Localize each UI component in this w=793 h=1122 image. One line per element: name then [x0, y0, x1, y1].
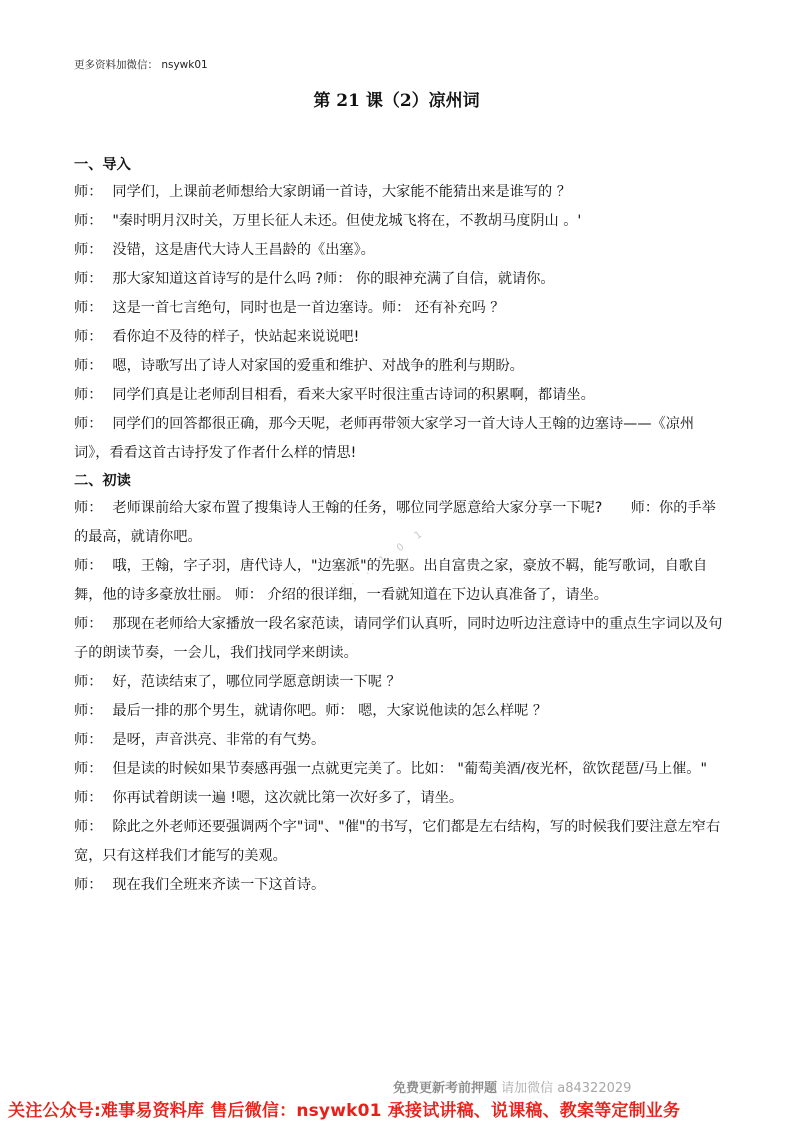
promo-contact-text: 请加微信 a84322029 — [497, 1081, 631, 1096]
speaker-label: 师： — [74, 213, 102, 229]
dialogue-paragraph: 师：这是一首七言绝句，同时也是一首边塞诗。师： 还有补充吗 ？ — [74, 294, 724, 323]
speaker-label: 师： — [74, 387, 102, 403]
paragraph-text: 现在我们全班来齐读一下这首诗。 — [112, 877, 325, 893]
page-title: 第 21 课（2）凉州词 — [0, 86, 793, 111]
speaker-label: 师： — [74, 674, 102, 690]
dialogue-paragraph: 师：除此之外老师还要强调两个字"词"、"催"的书写，它们都是左右结构，写的时候我… — [74, 813, 724, 871]
paragraph-text: 没错，这是唐代大诗人王昌龄的《出塞》。 — [112, 242, 374, 258]
dialogue-paragraph: 师：同学们的回答都很正确，那今天呢，老师再带领大家学习一首大诗人王翰的边塞诗——… — [74, 410, 724, 468]
dialogue-paragraph: 师：看你迫不及待的样子，快站起来说说吧! — [74, 323, 724, 352]
paragraph-text: 除此之外老师还要强调两个字"词"、"催"的书写，它们都是左右结构，写的时候我们要… — [74, 819, 720, 864]
dialogue-paragraph: 师：好，范读结束了，哪位同学愿意朗读一下呢 ？ — [74, 668, 724, 697]
speaker-label: 师： — [74, 703, 102, 719]
paragraph-text: 看你迫不及待的样子，快站起来说说吧! — [112, 329, 359, 345]
dialogue-paragraph: 师："秦时明月汉时关，万里长征人未还。但使龙城飞将在，不教胡马度阴山 。' — [74, 207, 724, 236]
speaker-label: 师： — [74, 184, 102, 200]
paragraph-text: 同学们真是让老师刮目相看，看来大家平时很注重古诗词的积累啊，都请坐。 — [112, 387, 594, 403]
paragraph-text: 老师课前给大家布置了搜集诗人王翰的任务，哪位同学愿意给大家分享一下呢? 师：你的… — [74, 500, 716, 545]
paragraph-text: 是呀，声音洪亮、非常的有气势。 — [112, 732, 325, 748]
paragraph-text: 哦，王翰，字子羽，唐代诗人，"边塞派"的先驱。出自富贵之家，豪放不羁，能写歌词，… — [74, 558, 707, 603]
dialogue-paragraph: 师：嗯，诗歌写出了诗人对家国的爱重和维护、对战争的胜利与期盼。 — [74, 352, 724, 381]
paragraph-text: 你再试着朗读一遍 !嗯，这次就比第一次好多了，请坐。 — [112, 790, 463, 806]
paragraph-text: 嗯，诗歌写出了诗人对家国的爱重和维护、对战争的胜利与期盼。 — [112, 358, 523, 374]
paragraph-text: 但是读的时候如果节奏感再强一点就更完美了。比如： "葡萄美酒/夜光杯，欲饮琵琶/… — [112, 761, 707, 777]
dialogue-paragraph: 师：同学们，上课前老师想给大家朗诵一首诗，大家能不能猜出来是谁写的 ？ — [74, 178, 724, 207]
dialogue-paragraph: 师：是呀，声音洪亮、非常的有气势。 — [74, 726, 724, 755]
footer-promo: 免费更新考前押题 请加微信 a84322029 — [393, 1077, 631, 1096]
dialogue-paragraph: 师：但是读的时候如果节奏感再强一点就更完美了。比如： "葡萄美酒/夜光杯，欲饮琵… — [74, 755, 724, 784]
speaker-label: 师： — [74, 416, 102, 432]
dialogue-paragraph: 师：哦，王翰，字子羽，唐代诗人，"边塞派"的先驱。出自富贵之家，豪放不羁，能写歌… — [74, 552, 724, 610]
paragraph-text: 同学们的回答都很正确，那今天呢，老师再带领大家学习一首大诗人王翰的边塞诗——《凉… — [74, 416, 694, 461]
speaker-label: 师： — [74, 558, 102, 574]
paragraph-text: 那现在老师给大家播放一段名家范读，请同学们认真听，同时边听边注意诗中的重点生字词… — [74, 616, 722, 661]
section-heading-first-reading: 二、初读 — [74, 468, 724, 494]
paragraph-text: "秦时明月汉时关，万里长征人未还。但使龙城飞将在，不教胡马度阴山 。' — [112, 213, 581, 229]
speaker-label: 师： — [74, 819, 102, 835]
dialogue-paragraph: 师：没错，这是唐代大诗人王昌龄的《出塞》。 — [74, 236, 724, 265]
paragraph-text: 好，范读结束了，哪位同学愿意朗读一下呢 ？ — [112, 674, 400, 690]
dialogue-paragraph: 师：现在我们全班来齐读一下这首诗。 — [74, 871, 724, 900]
paragraph-text: 这是一首七言绝句，同时也是一首边塞诗。师： 还有补充吗 ？ — [112, 300, 504, 316]
dialogue-paragraph: 师：同学们真是让老师刮目相看，看来大家平时很注重古诗词的积累啊，都请坐。 — [74, 381, 724, 410]
dialogue-paragraph: 师：那大家知道这首诗写的是什么吗 ?师： 你的眼神充满了自信，就请你。 — [74, 265, 724, 294]
dialogue-paragraph: 师：那现在老师给大家播放一段名家范读，请同学们认真听，同时边听边注意诗中的重点生… — [74, 610, 724, 668]
speaker-label: 师： — [74, 761, 102, 777]
speaker-label: 师： — [74, 300, 102, 316]
speaker-label: 师： — [74, 877, 102, 893]
speaker-label: 师： — [74, 271, 102, 287]
document-body: 一、导入 师：同学们，上课前老师想给大家朗诵一首诗，大家能不能猜出来是谁写的 ？… — [74, 152, 724, 900]
paragraph-text: 最后一排的那个男生，就请你吧。师： 嗯，大家说他读的怎么样呢 ？ — [112, 703, 547, 719]
speaker-label: 师： — [74, 329, 102, 345]
section-heading-intro: 一、导入 — [74, 152, 724, 178]
speaker-label: 师： — [74, 358, 102, 374]
footer-banner: 关注公众号:难事易资料库 售后微信：nsywk01 承接试讲稿、说课稿、教案等定… — [8, 1096, 793, 1121]
promo-bold-text: 免费更新考前押题 — [393, 1081, 497, 1096]
dialogue-paragraph: 师：老师课前给大家布置了搜集诗人王翰的任务，哪位同学愿意给大家分享一下呢? 师：… — [74, 494, 724, 552]
header-note: 更多资料加微信： nsywk01 — [74, 57, 208, 72]
speaker-label: 师： — [74, 790, 102, 806]
paragraph-text: 同学们，上课前老师想给大家朗诵一首诗，大家能不能猜出来是谁写的 ？ — [112, 184, 571, 200]
speaker-label: 师： — [74, 242, 102, 258]
paragraph-text: 那大家知道这首诗写的是什么吗 ?师： 你的眼神充满了自信，就请你。 — [112, 271, 554, 287]
dialogue-paragraph: 师：你再试着朗读一遍 !嗯，这次就比第一次好多了，请坐。 — [74, 784, 724, 813]
dialogue-paragraph: 师：最后一排的那个男生，就请你吧。师： 嗯，大家说他读的怎么样呢 ？ — [74, 697, 724, 726]
speaker-label: 师： — [74, 500, 102, 516]
speaker-label: 师： — [74, 616, 102, 632]
speaker-label: 师： — [74, 732, 102, 748]
